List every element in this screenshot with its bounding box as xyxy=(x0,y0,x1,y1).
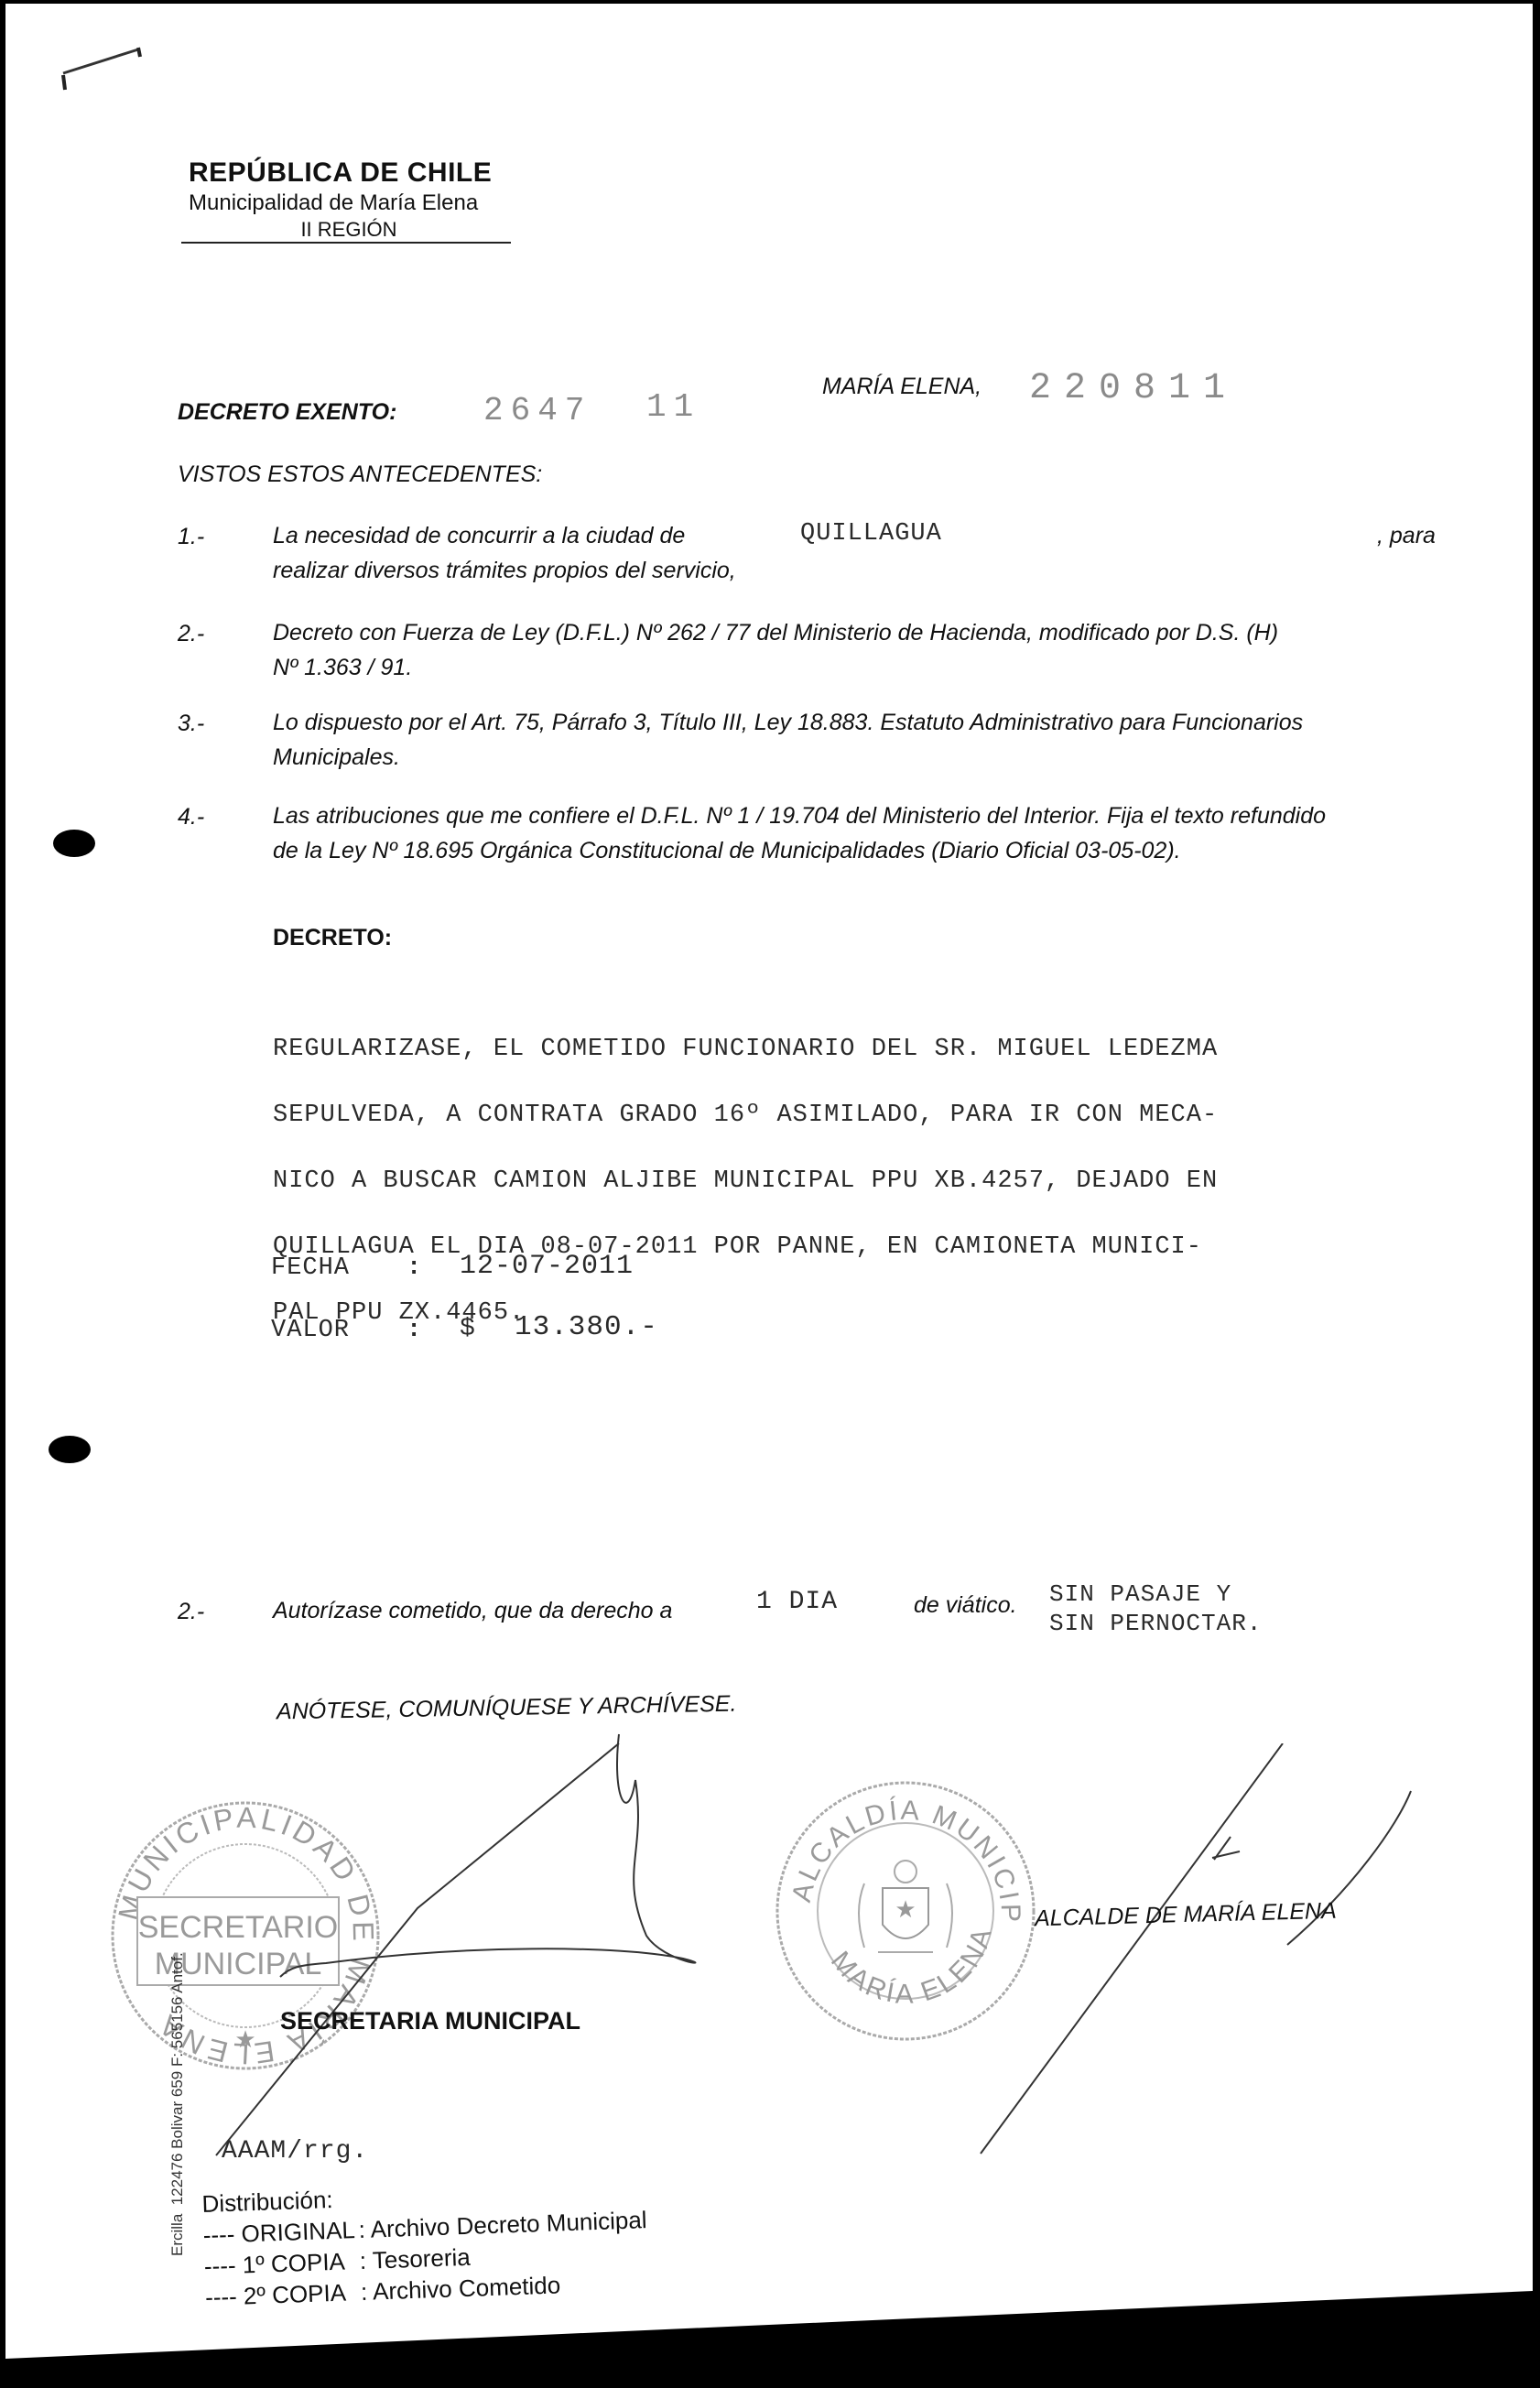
date-stamp: 220811 xyxy=(1029,368,1238,409)
mayor-signature xyxy=(967,1743,1480,2165)
fecha-separator: : xyxy=(407,1254,422,1282)
document-page: REPÚBLICA DE CHILE Municipalidad de Marí… xyxy=(5,4,1533,2388)
destination-city: QUILLAGUA xyxy=(800,520,942,548)
valor-label: VALOR xyxy=(271,1317,350,1344)
fecha-value: 12-07-2011 xyxy=(460,1251,634,1282)
printer-imprint: Ercilla 122476 Bolivar 659 F: 565156 Ant… xyxy=(168,1952,187,2256)
region-name: II REGIÓN xyxy=(189,218,509,242)
municipality-name: Municipalidad de María Elena xyxy=(189,190,509,216)
viatico-note-1: SIN PASAJE Y xyxy=(1049,1580,1231,1608)
valor-value: 13.380.- xyxy=(515,1311,658,1343)
letterhead: REPÚBLICA DE CHILE Municipalidad de Marí… xyxy=(189,157,509,242)
decreto-body: REGULARIZASE, EL COMETIDO FUNCIONARIO DE… xyxy=(273,1000,1390,1362)
viatico-note-2: SIN PERNOCTAR. xyxy=(1049,1610,1262,1637)
fecha-label: FECHA xyxy=(271,1254,350,1282)
decree-exento-label: DECRETO EXENTO: xyxy=(178,399,396,426)
punch-hole xyxy=(49,1436,91,1463)
valor-currency: $ xyxy=(460,1315,476,1343)
typist-initials: AAAM/rrg. xyxy=(222,2137,368,2165)
distribution-list: Distribución: ---- ORIGINAL : Archivo De… xyxy=(201,2169,754,2313)
decreto-heading: DECRETO: xyxy=(273,925,392,951)
secretary-signature xyxy=(189,1725,701,2165)
vistos-heading: VISTOS ESTOS ANTECEDENTES: xyxy=(178,461,542,488)
viatico-days: 1 DIA xyxy=(756,1588,838,1616)
punch-hole xyxy=(53,830,95,857)
svg-text:★: ★ xyxy=(895,1895,916,1923)
decree-number-stamp: 2647 xyxy=(483,392,591,429)
country-name: REPÚBLICA DE CHILE xyxy=(189,157,509,189)
decree-year-stamp: 11 xyxy=(646,388,700,426)
place-label: MARÍA ELENA, xyxy=(822,374,981,400)
staple-mark xyxy=(56,38,157,103)
valor-separator: : xyxy=(407,1317,422,1344)
secretary-title: SECRETARIA MUNICIPAL xyxy=(280,2007,580,2035)
closing-formula: ANÓTESE, COMUNÍQUESE Y ARCHÍVESE. xyxy=(277,1687,737,1730)
header-rule xyxy=(181,242,511,244)
